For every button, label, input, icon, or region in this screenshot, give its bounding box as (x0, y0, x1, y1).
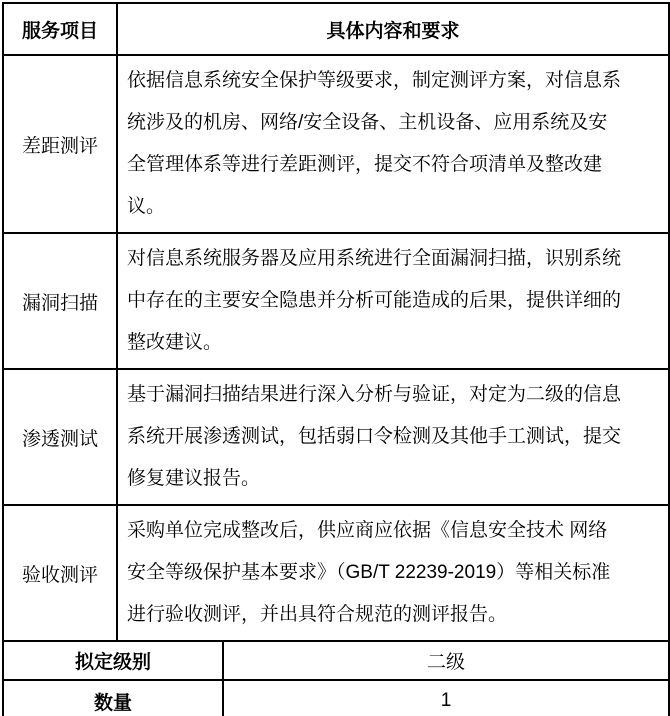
row-content-acceptance-assessment: 采购单位完成整改后，供应商应依据《信息安全技术 网络 安全等级保护基本要求》（G… (117, 505, 669, 641)
service-requirements-table: 服务项目 具体内容和要求 差距测评 依据信息系统安全保护等级要求，制定测评方案，… (2, 2, 670, 716)
table-row-vulnerability-scan: 漏洞扫描 对信息系统服务器及应用系统进行全面漏洞扫描，识别系统 中存在的主要安全… (3, 233, 669, 369)
row-label-penetration-test: 渗透测试 (3, 369, 117, 505)
table-row-acceptance-assessment: 验收测评 采购单位完成整改后，供应商应依据《信息安全技术 网络 安全等级保护基本… (3, 505, 669, 641)
table-header-row: 服务项目 具体内容和要求 (3, 3, 669, 55)
table-row-quantity: 数量 1 (3, 680, 669, 716)
row-label-vulnerability-scan: 漏洞扫描 (3, 233, 117, 369)
row-content-penetration-test: 基于漏洞扫描结果进行深入分析与验证，对定为二级的信息 系统开展渗透测试，包括弱口… (117, 369, 669, 505)
footer-value-quantity: 1 (223, 680, 669, 716)
row-label-gap-assessment: 差距测评 (3, 55, 117, 233)
footer-label-proposed-level: 拟定级别 (3, 641, 223, 680)
table-row-penetration-test: 渗透测试 基于漏洞扫描结果进行深入分析与验证，对定为二级的信息 系统开展渗透测试… (3, 369, 669, 505)
row-content-vulnerability-scan: 对信息系统服务器及应用系统进行全面漏洞扫描，识别系统 中存在的主要安全隐患并分析… (117, 233, 669, 369)
header-cell-service-item: 服务项目 (3, 3, 117, 55)
document-page: 服务项目 具体内容和要求 差距测评 依据信息系统安全保护等级要求，制定测评方案，… (0, 0, 670, 716)
footer-label-quantity: 数量 (3, 680, 223, 716)
table-row-gap-assessment: 差距测评 依据信息系统安全保护等级要求，制定测评方案，对信息系 统涉及的机房、网… (3, 55, 669, 233)
table-row-proposed-level: 拟定级别 二级 (3, 641, 669, 680)
header-cell-content-requirements: 具体内容和要求 (117, 3, 669, 55)
row-content-gap-assessment: 依据信息系统安全保护等级要求，制定测评方案，对信息系 统涉及的机房、网络/安全设… (117, 55, 669, 233)
footer-value-proposed-level: 二级 (223, 641, 669, 680)
row-label-acceptance-assessment: 验收测评 (3, 505, 117, 641)
